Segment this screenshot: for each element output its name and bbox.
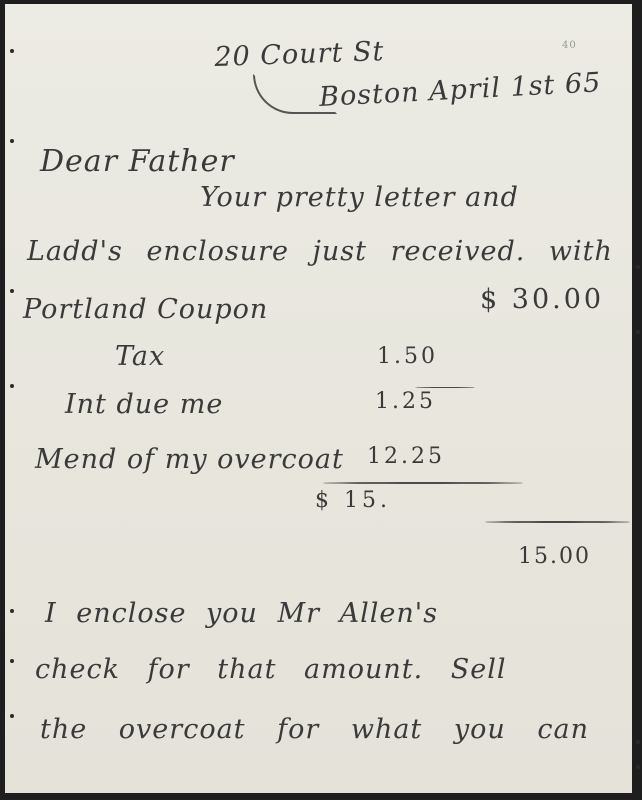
binding-hole xyxy=(10,714,14,718)
binding-hole xyxy=(10,289,14,293)
sum-rule xyxy=(323,482,523,484)
binding-hole xyxy=(10,139,14,143)
body-line-1: Your pretty letter and xyxy=(200,182,519,213)
dateline: Boston April 1st 65 xyxy=(318,67,602,113)
address-line: 20 Court St xyxy=(214,36,385,73)
edge-perforation xyxy=(636,740,640,744)
closing-line-3: the overcoat for what you can xyxy=(40,714,589,745)
binding-hole xyxy=(10,659,14,663)
underline-stroke xyxy=(415,387,475,388)
ledger-label-portland-coupon: Portland Coupon xyxy=(23,294,268,325)
letter-page: 40 20 Court St Boston April 1st 65 Dear … xyxy=(5,4,632,793)
edge-perforation xyxy=(636,330,640,334)
page-number: 40 xyxy=(562,40,577,51)
subtotal: $ 15. xyxy=(315,488,391,513)
total-amount: 15.00 xyxy=(518,544,591,569)
ledger-label-overcoat: Mend of my overcoat xyxy=(35,444,344,475)
salutation: Dear Father xyxy=(40,144,235,179)
ledger-amount-overcoat: 12.25 xyxy=(367,444,445,469)
ledger-amount-interest: 1.25 xyxy=(375,389,436,414)
edge-perforation xyxy=(636,265,640,269)
body-line-2: Ladd's enclosure just received. with xyxy=(27,236,613,267)
ledger-amount-tax: 1.50 xyxy=(377,344,438,369)
ledger-label-interest: Int due me xyxy=(65,389,223,420)
total-rule xyxy=(485,521,630,523)
closing-line-1: I enclose you Mr Allen's xyxy=(45,598,438,629)
ledger-label-tax: Tax xyxy=(115,341,165,372)
closing-line-2: check for that amount. Sell xyxy=(35,654,507,685)
binding-hole xyxy=(10,609,14,613)
edge-perforation xyxy=(636,765,640,769)
ledger-amount-portland-coupon: $ 30.00 xyxy=(480,284,604,315)
binding-hole xyxy=(10,49,14,53)
binding-hole xyxy=(10,384,14,388)
